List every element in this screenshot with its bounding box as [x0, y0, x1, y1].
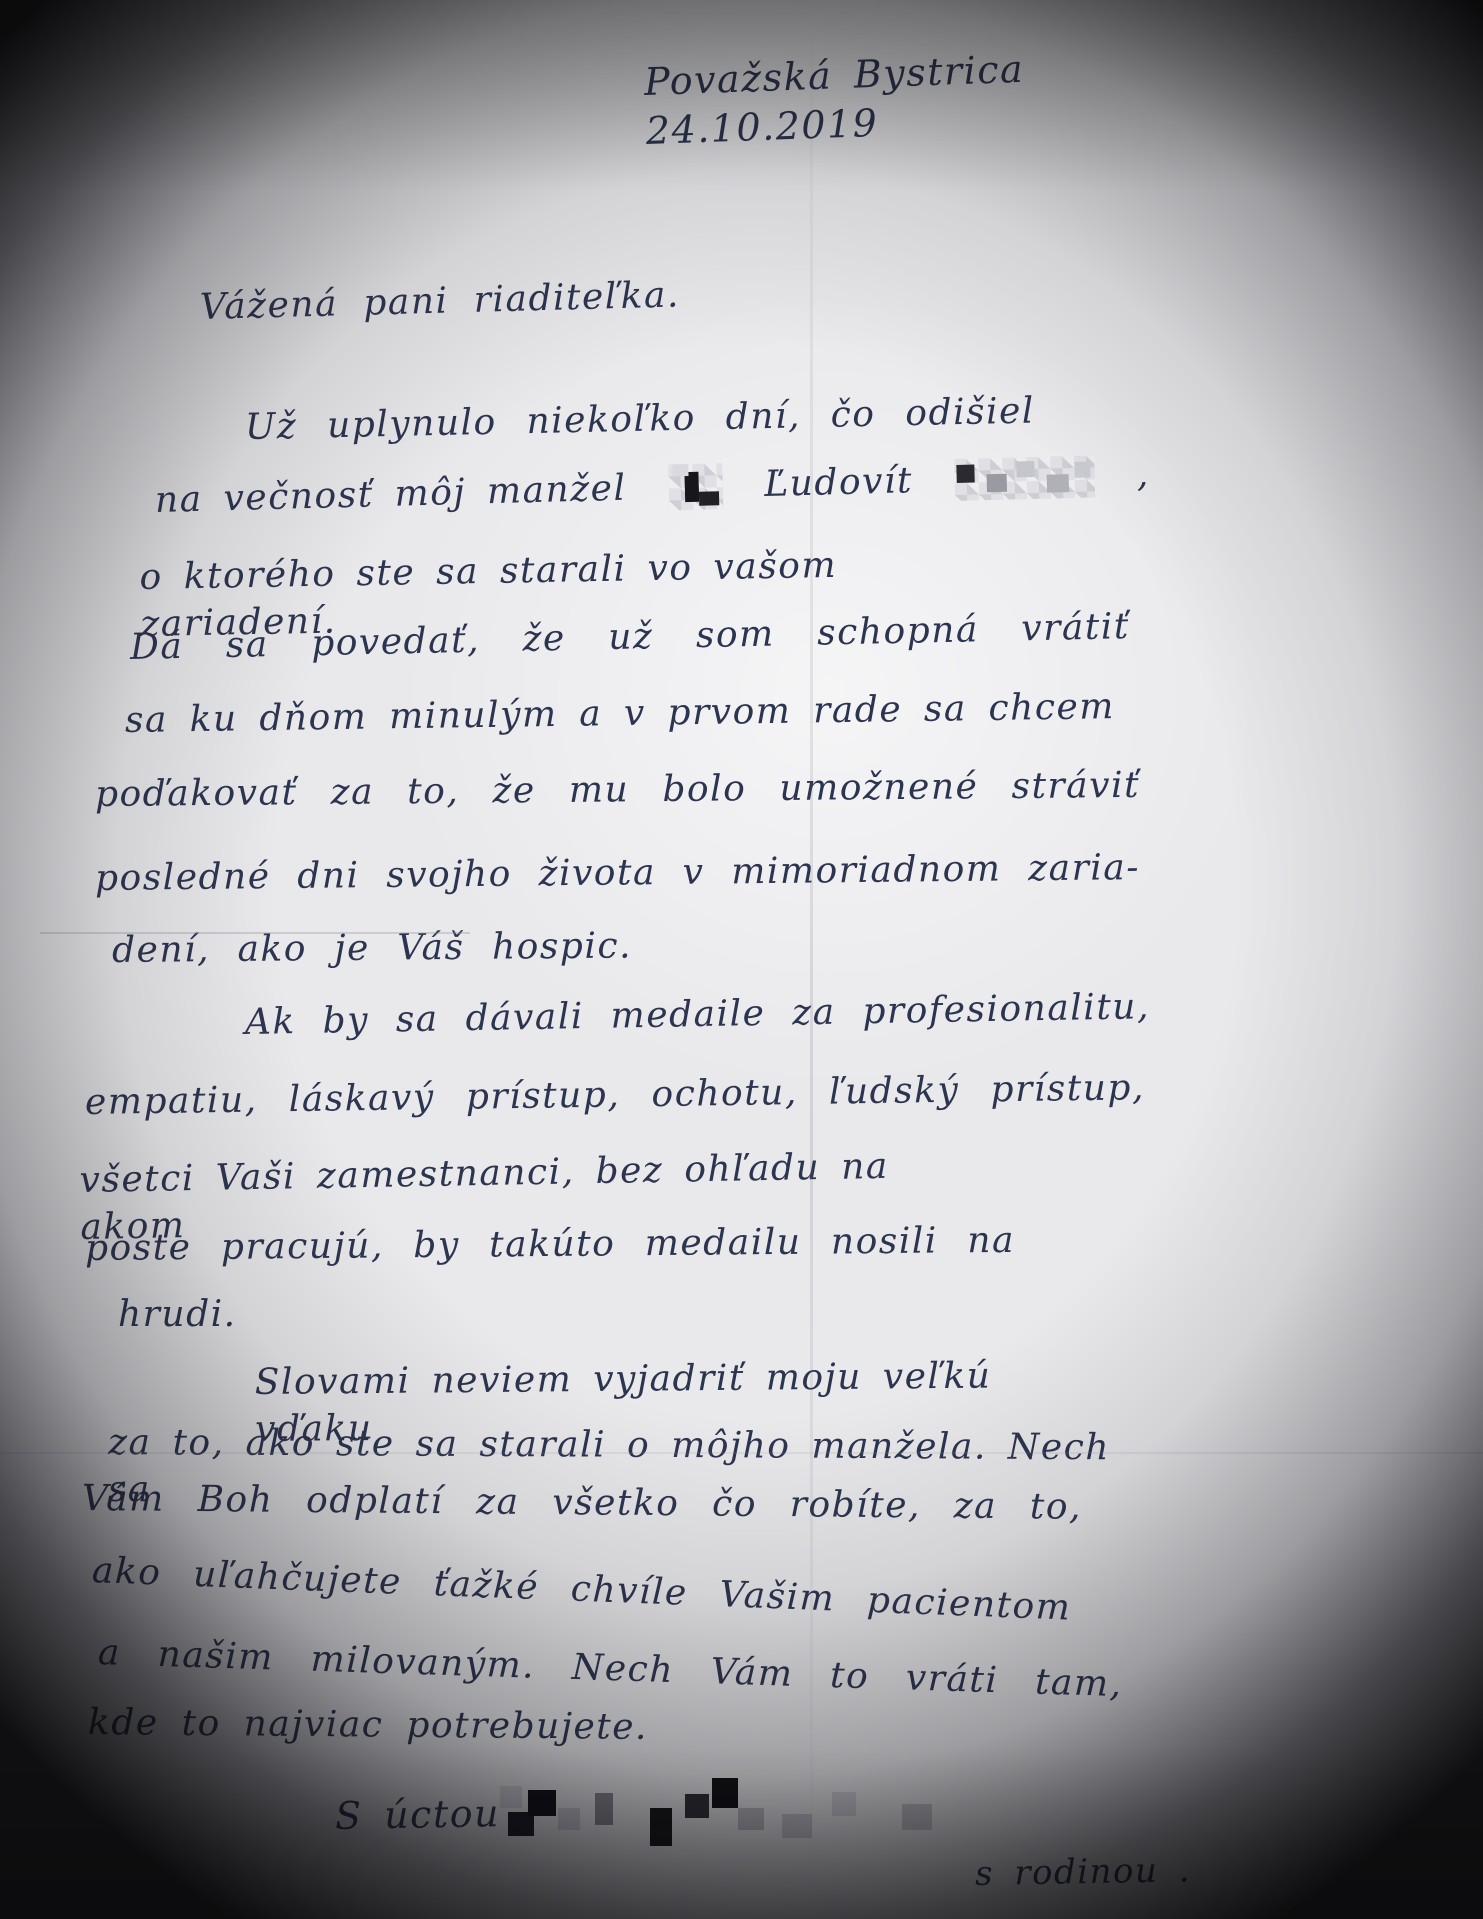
body-line-husband: na večnosť môj manžel Ľudovít ,: [154, 452, 1150, 525]
pixel-cell: [500, 1786, 522, 1808]
body-line-husband-pre: na večnosť môj manžel: [154, 466, 627, 525]
body-line: sa ku dňom minulým a v prvom rade sa chc…: [125, 684, 1116, 745]
pixel-cell: [672, 464, 688, 476]
pixel-cell: [684, 472, 699, 502]
salutation: Vážená pani riaditeľka.: [199, 272, 680, 331]
pixel-cell: [956, 465, 974, 483]
body-line: poste pracujú, by takúto medailu nosili …: [85, 1218, 1015, 1273]
pixel-cell: [650, 1808, 672, 1846]
pixel-cell: [558, 1808, 580, 1830]
pixel-cell: [782, 1814, 812, 1838]
redacted-surname-block: [954, 456, 1095, 502]
pixel-cell: [685, 1794, 709, 1818]
pixel-cell: [1074, 462, 1090, 478]
body-line: empatiu, láskavý prístup, ochotu, ľudský…: [85, 1065, 1146, 1127]
pixel-cell: [987, 474, 1007, 493]
husband-name: Ľudovít: [764, 458, 914, 509]
pixel-cell: [699, 492, 719, 507]
body-line: posledné dni svojho života v mimoriadnom…: [95, 845, 1140, 903]
body-line: ako uľahčujete ťažké chvíle Vašim pacien…: [91, 1548, 1072, 1632]
body-line: Ak by sa dávali medaile za profesionalit…: [245, 984, 1151, 1047]
pixel-cell: [738, 1808, 764, 1830]
dateline: Považská Bystrica 24.10.2019: [643, 39, 1186, 157]
body-line: Vám Boh odplatí za všetko čo robíte, za …: [82, 1476, 1082, 1532]
body-line-husband-post: ,: [1136, 452, 1150, 499]
body-line: kde to najviac potrebujete.: [88, 1700, 648, 1752]
letter-photo: Považská Bystrica 24.10.2019 Vážená pani…: [0, 0, 1483, 1919]
pixel-cell: [595, 1793, 613, 1825]
redacted-signature-block: [500, 1778, 950, 1848]
body-line: Už uplynulo niekoľko dní, čo odišiel: [245, 388, 1036, 451]
pixel-cell: [712, 1778, 738, 1808]
fold-crease-vertical: [810, 0, 813, 1919]
pixel-cell: [528, 1790, 556, 1816]
body-line: dení, ako je Váš hospic.: [112, 923, 632, 974]
closing-family: s rodinou .: [975, 1848, 1192, 1896]
pixel-cell: [1047, 474, 1069, 493]
redacted-first-name-block: [668, 464, 723, 511]
pixel-cell: [902, 1804, 932, 1830]
body-line: hrudi.: [118, 1292, 237, 1339]
body-line: poďakovať za to, že mu bolo umožnené str…: [95, 763, 1140, 819]
pixel-cell: [1016, 461, 1034, 477]
body-line: a našim milovaným. Nech Vám to vráti tam…: [97, 1630, 1123, 1709]
pixel-cell: [832, 1792, 856, 1816]
closing-salutation: S úctou: [335, 1789, 501, 1841]
